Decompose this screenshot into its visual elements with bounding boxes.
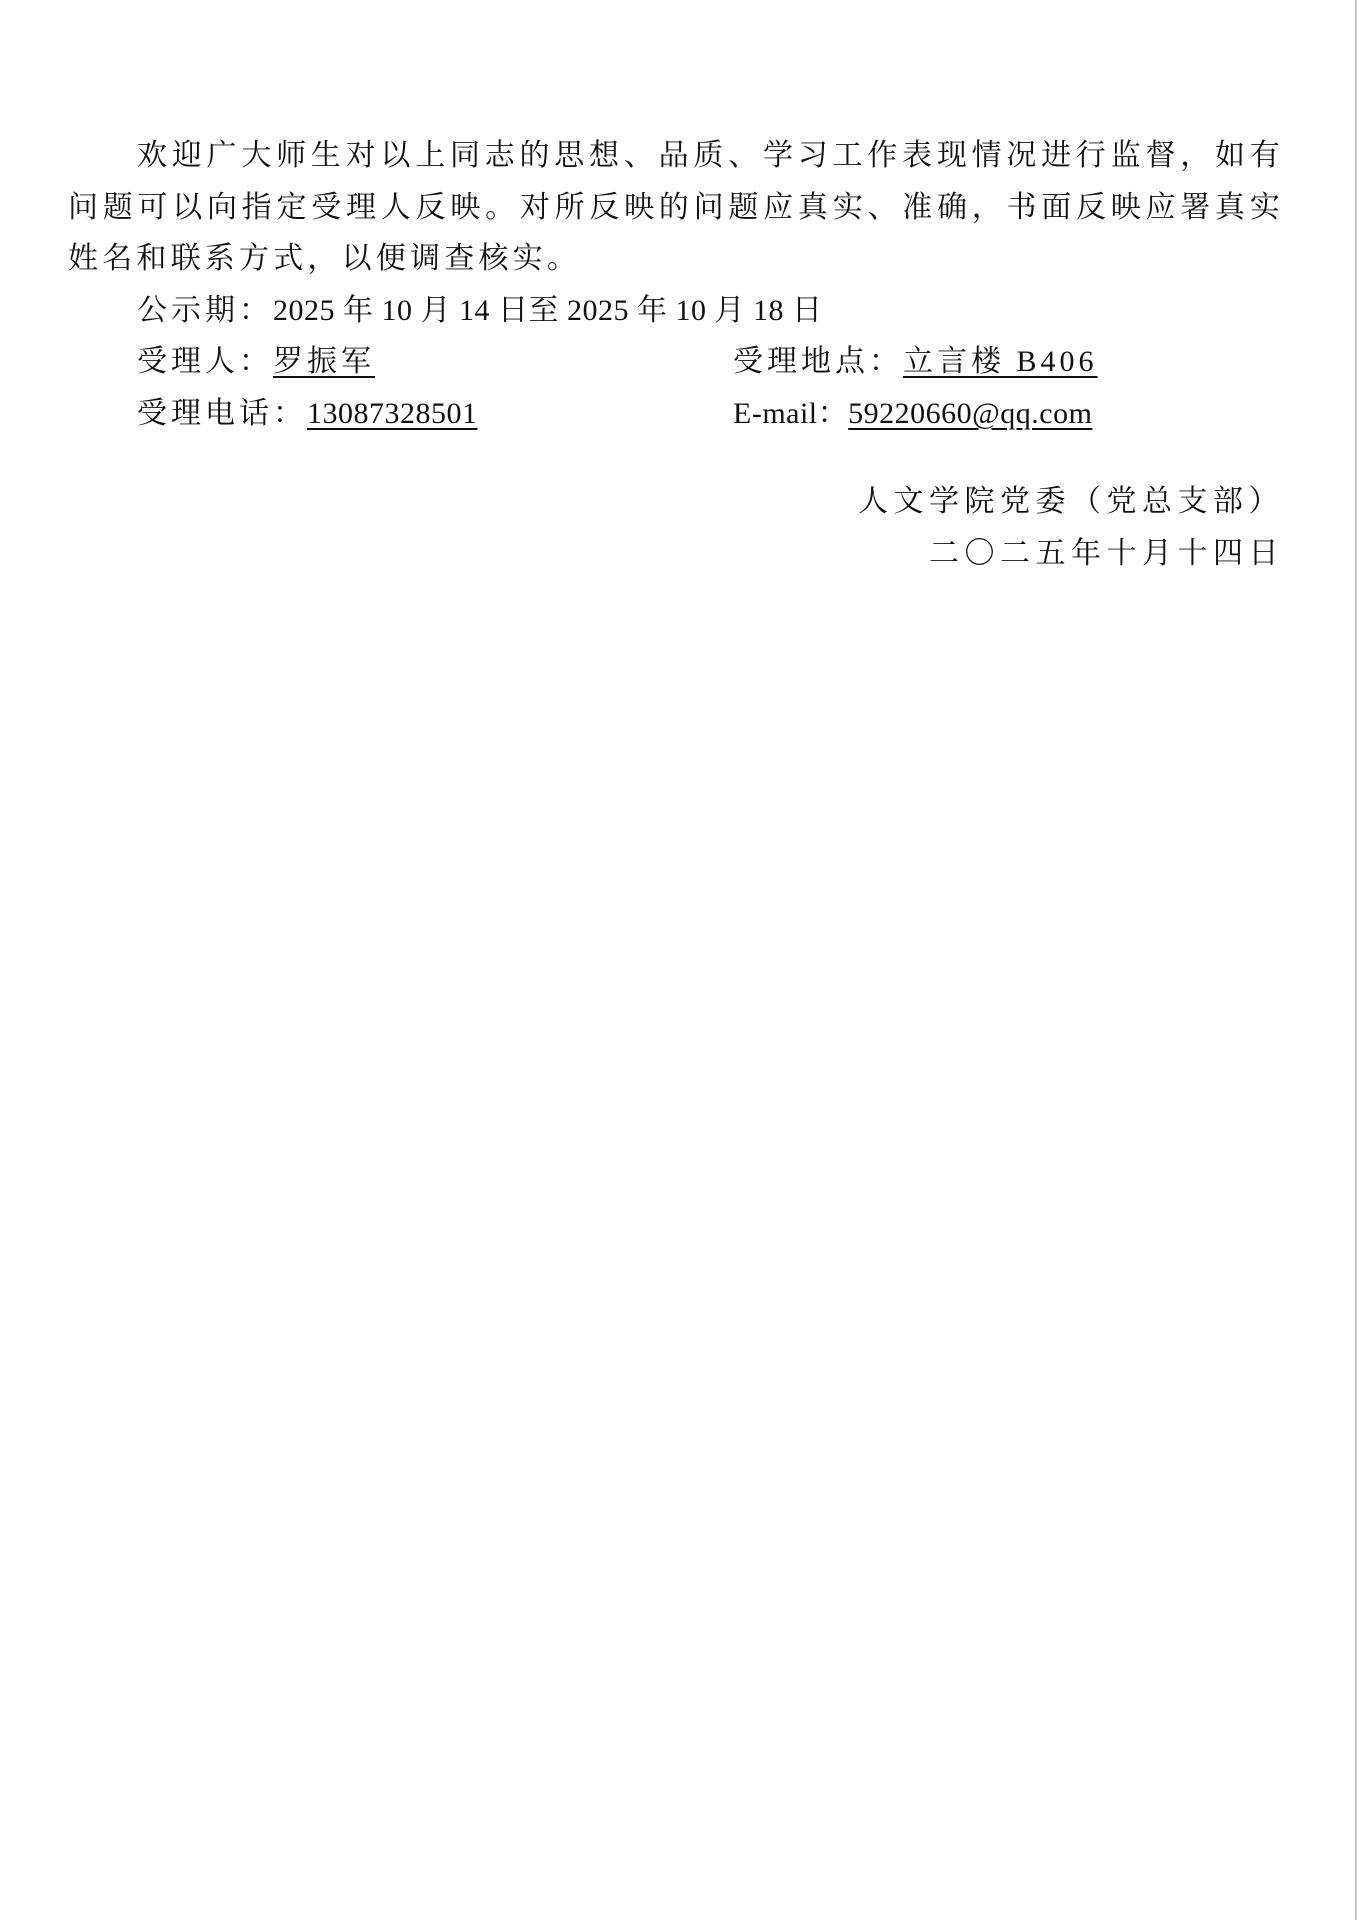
location-value: 立言楼 B406 — [903, 345, 1098, 378]
handler-label: 受理人： — [137, 345, 273, 378]
phone-value: 13087328501 — [307, 397, 478, 430]
handler-location-line: 受理人：罗振军 受理地点：立言楼 B406 — [68, 336, 1284, 388]
phone-label: 受理电话： — [137, 397, 307, 430]
handler-name: 罗振军 — [273, 345, 375, 378]
location-label: 受理地点： — [733, 345, 903, 378]
publicity-period-label: 公示期： — [137, 294, 273, 327]
email-field: E-mail：59220660@qq.com — [733, 388, 1092, 440]
email-link[interactable]: 59220660@qq.com — [848, 397, 1092, 430]
location-field: 受理地点：立言楼 B406 — [733, 336, 1098, 388]
publicity-period-line: 公示期：2025 年 10 月 14 日至 2025 年 10 月 18 日 — [68, 285, 1284, 337]
publicity-period-value: 2025 年 10 月 14 日至 2025 年 10 月 18 日 — [273, 294, 823, 327]
signature-organization: 人文学院党委（党总支部） — [858, 476, 1284, 528]
phone-email-line: 受理电话：13087328501 E-mail：59220660@qq.com — [68, 388, 1284, 440]
email-label: E-mail： — [733, 397, 848, 430]
supervision-notice-paragraph: 欢迎广大师生对以上同志的思想、品质、学习工作表现情况进行监督，如有问题可以向指定… — [68, 130, 1284, 285]
signature-date: 二〇二五年十月十四日 — [858, 528, 1284, 580]
signature-block: 人文学院党委（党总支部） 二〇二五年十月十四日 — [858, 476, 1284, 579]
document-body: 欢迎广大师生对以上同志的思想、品质、学习工作表现情况进行监督，如有问题可以向指定… — [68, 130, 1284, 439]
